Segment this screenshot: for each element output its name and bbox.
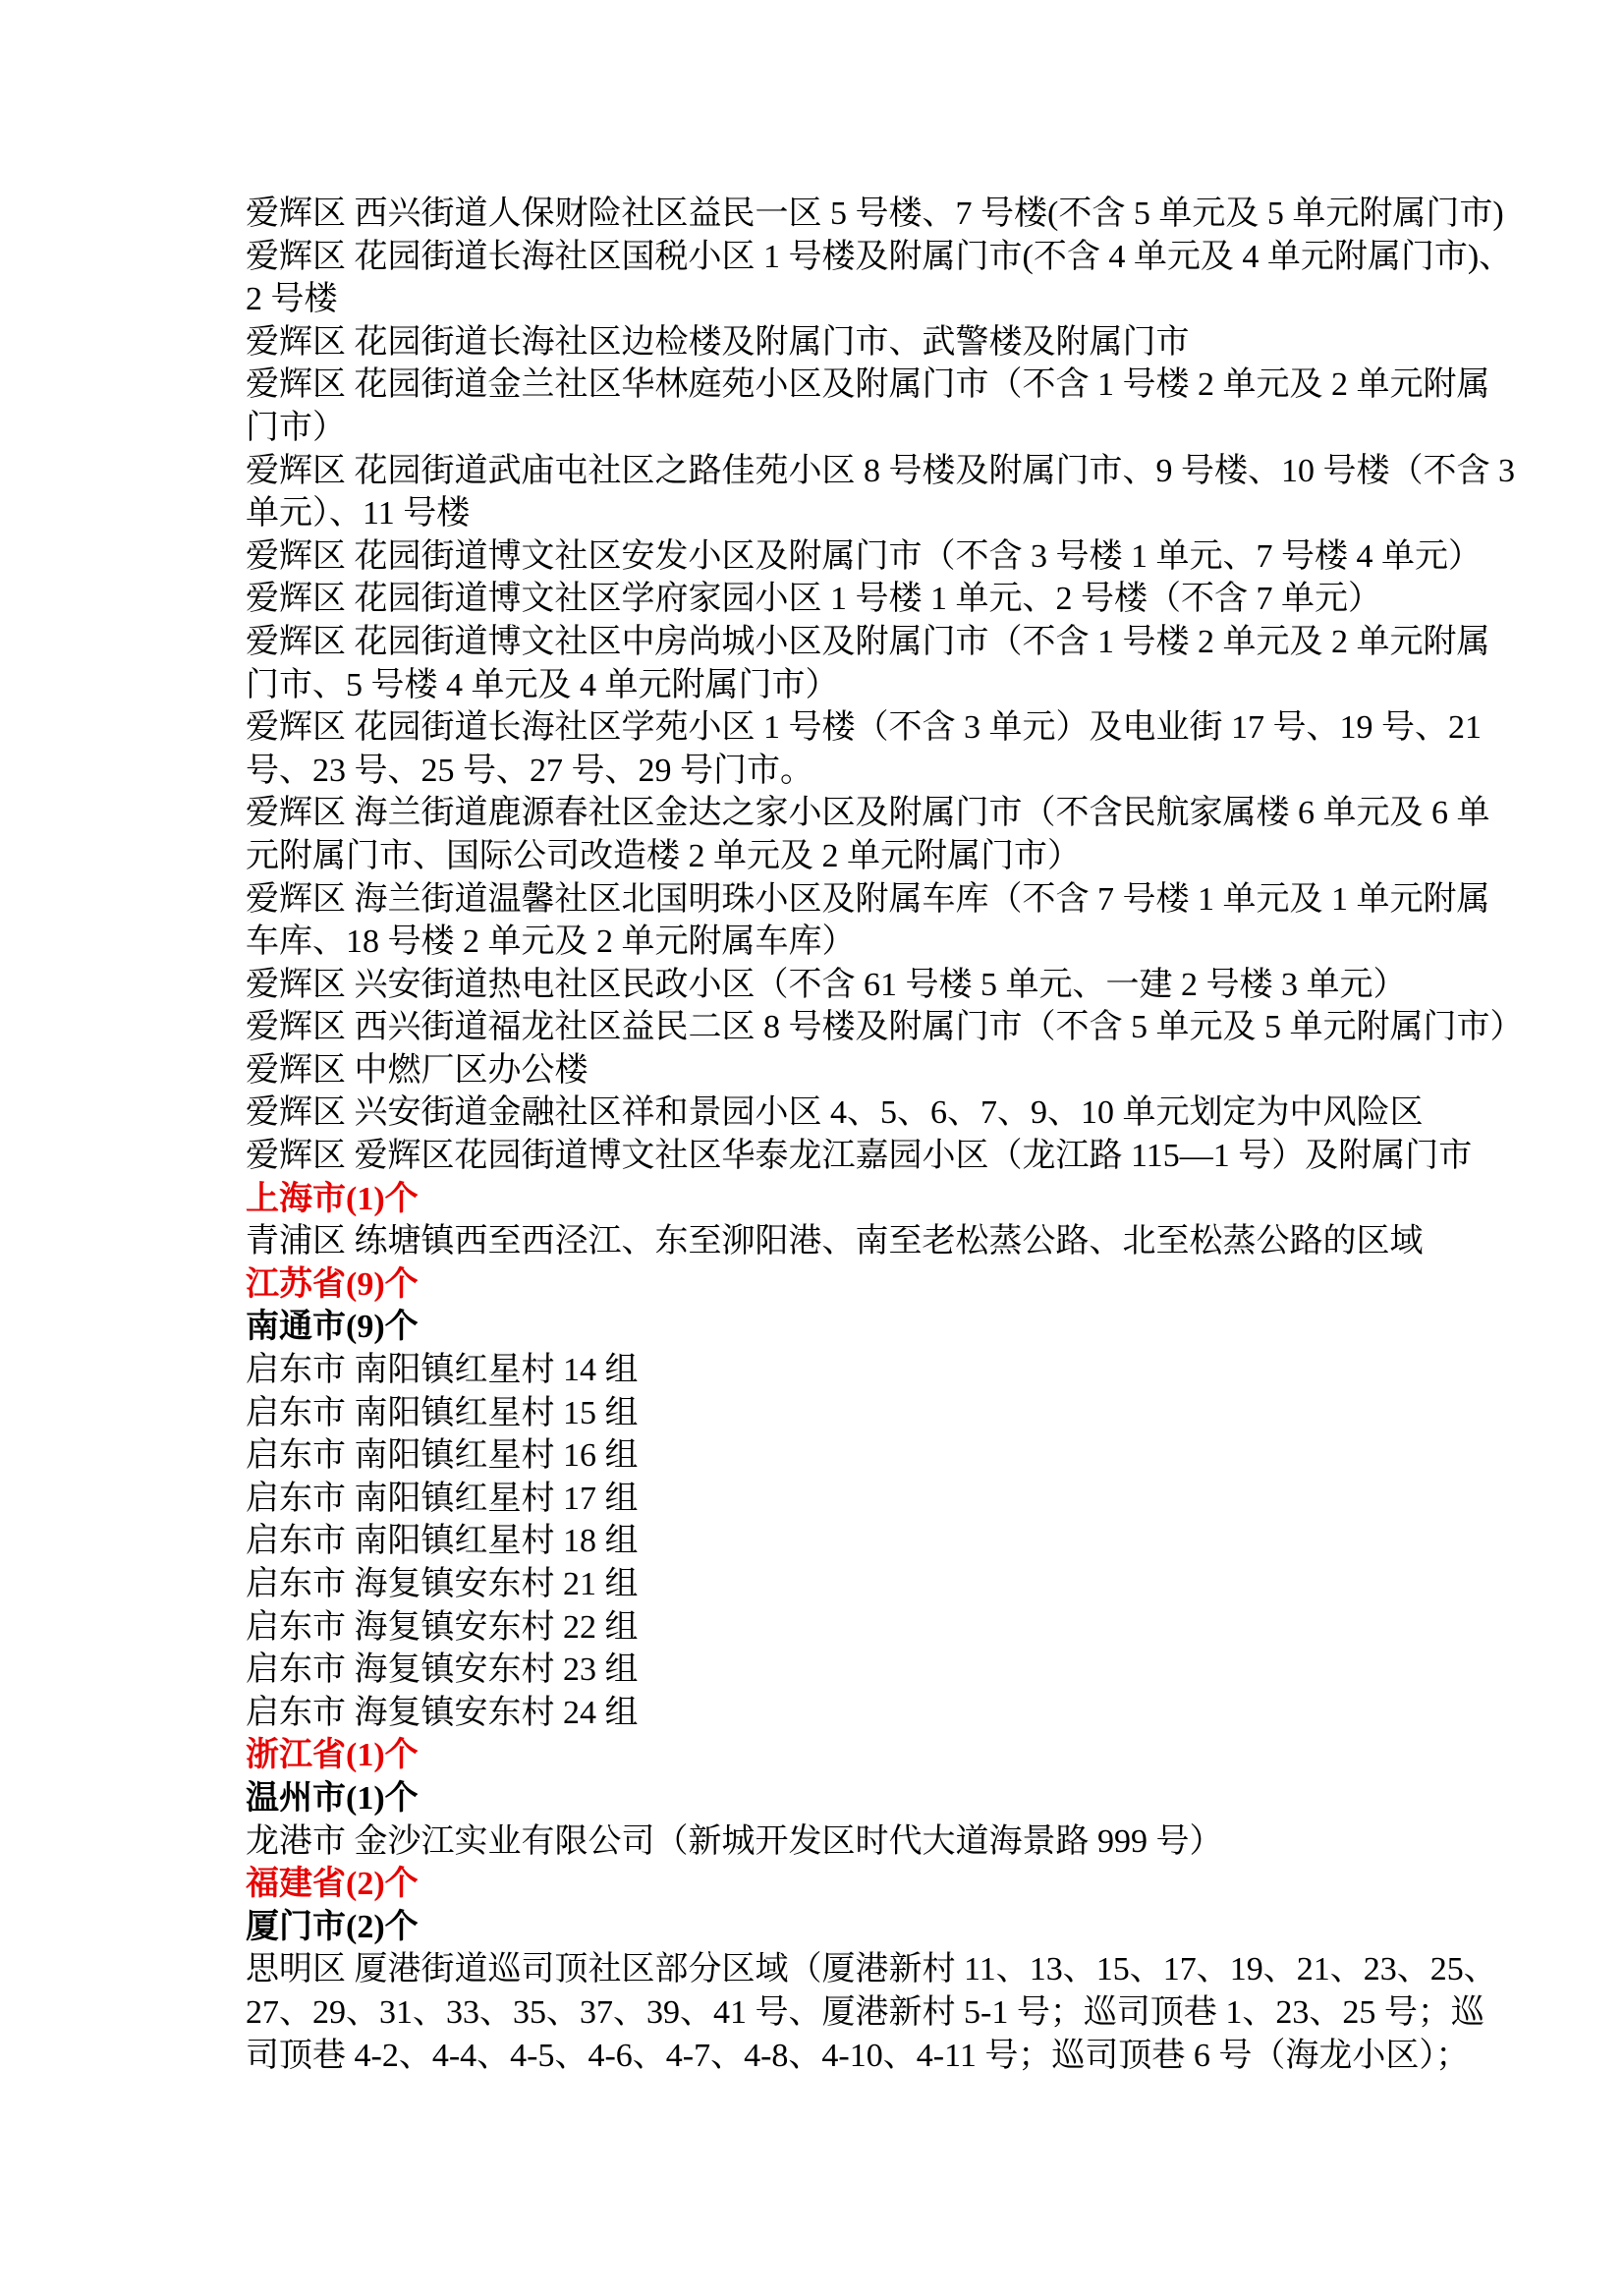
text-line: 启东市 南阳镇红星村 17 组 xyxy=(246,1478,1382,1521)
text-line: 启东市 海复镇安东村 23 组 xyxy=(246,1649,1382,1692)
text-line: 爱辉区 花园街道博文社区学府家园小区 1 号楼 1 单元、2 号楼（不含 7 单… xyxy=(246,578,1382,621)
text-line: 浙江省(1)个 xyxy=(246,1734,1382,1777)
text-line: 厦门市(2)个 xyxy=(246,1906,1382,1949)
text-line: 温州市(1)个 xyxy=(246,1777,1382,1820)
text-line: 爱辉区 花园街道武庙屯社区之路佳苑小区 8 号楼及附属门市、9 号楼、10 号楼… xyxy=(246,450,1382,493)
text-line: 启东市 南阳镇红星村 16 组 xyxy=(246,1434,1382,1478)
text-line: 爱辉区 花园街道长海社区国税小区 1 号楼及附属门市(不含 4 单元及 4 单元… xyxy=(246,236,1382,279)
text-line: 元附属门市、国际公司改造楼 2 单元及 2 单元附属门市） xyxy=(246,835,1382,878)
text-line: 门市、5 号楼 4 单元及 4 单元附属门市） xyxy=(246,664,1382,707)
text-line: 号、23 号、25 号、27 号、29 号门市。 xyxy=(246,750,1382,793)
text-line: 爱辉区 海兰街道温馨社区北国明珠小区及附属车库（不含 7 号楼 1 单元及 1 … xyxy=(246,878,1382,922)
text-line: 上海市(1)个 xyxy=(246,1178,1382,1221)
text-line: 青浦区 练塘镇西至西泾江、东至泖阳港、南至老松蒸公路、北至松蒸公路的区域 xyxy=(246,1220,1382,1263)
text-line: 启东市 海复镇安东村 24 组 xyxy=(246,1692,1382,1735)
text-line: 启东市 海复镇安东村 21 组 xyxy=(246,1563,1382,1606)
text-line: 司顶巷 4-2、4-4、4-5、4-6、4-7、4-8、4-10、4-11 号；… xyxy=(246,2035,1382,2078)
text-line: 爱辉区 西兴街道人保财险社区益民一区 5 号楼、7 号楼(不含 5 单元及 5 … xyxy=(246,193,1382,236)
text-line: 爱辉区 花园街道博文社区安发小区及附属门市（不含 3 号楼 1 单元、7 号楼 … xyxy=(246,535,1382,579)
text-line: 爱辉区 花园街道长海社区学苑小区 1 号楼（不含 3 单元）及电业街 17 号、… xyxy=(246,706,1382,750)
text-line: 爱辉区 花园街道博文社区中房尚城小区及附属门市（不含 1 号楼 2 单元及 2 … xyxy=(246,621,1382,664)
text-line: 车库、18 号楼 2 单元及 2 单元附属车库） xyxy=(246,921,1382,964)
text-line: 爱辉区 花园街道金兰社区华林庭苑小区及附属门市（不含 1 号楼 2 单元及 2 … xyxy=(246,364,1382,407)
text-line: 门市） xyxy=(246,407,1382,450)
text-line: 启东市 南阳镇红星村 14 组 xyxy=(246,1349,1382,1392)
text-line: 爱辉区 兴安街道金融社区祥和景园小区 4、5、6、7、9、10 单元划定为中风险… xyxy=(246,1092,1382,1135)
text-line: 爱辉区 爱辉区花园街道博文社区华泰龙江嘉园小区（龙江路 115—1 号）及附属门… xyxy=(246,1135,1382,1178)
text-line: 爱辉区 中燃厂区办公楼 xyxy=(246,1049,1382,1092)
text-line: 27、29、31、33、35、37、39、41 号、厦港新村 5-1 号；巡司顶… xyxy=(246,1991,1382,2035)
text-line: 福建省(2)个 xyxy=(246,1863,1382,1906)
text-line: 单元）、11 号楼 xyxy=(246,492,1382,535)
text-line: 爱辉区 西兴街道福龙社区益民二区 8 号楼及附属门市（不含 5 单元及 5 单元… xyxy=(246,1006,1382,1049)
document-page: 爱辉区 西兴街道人保财险社区益民一区 5 号楼、7 号楼(不含 5 单元及 5 … xyxy=(0,0,1624,2295)
text-line: 爱辉区 海兰街道鹿源春社区金达之家小区及附属门市（不含民航家属楼 6 单元及 6… xyxy=(246,792,1382,835)
text-line: 江苏省(9)个 xyxy=(246,1263,1382,1307)
text-line: 南通市(9)个 xyxy=(246,1306,1382,1349)
text-line: 启东市 南阳镇红星村 15 组 xyxy=(246,1392,1382,1435)
text-line: 爱辉区 兴安街道热电社区民政小区（不含 61 号楼 5 单元、一建 2 号楼 3… xyxy=(246,964,1382,1007)
text-line: 2 号楼 xyxy=(246,278,1382,321)
document-body: 爱辉区 西兴街道人保财险社区益民一区 5 号楼、7 号楼(不含 5 单元及 5 … xyxy=(246,193,1382,2077)
text-line: 爱辉区 花园街道长海社区边检楼及附属门市、武警楼及附属门市 xyxy=(246,321,1382,364)
text-line: 龙港市 金沙江实业有限公司（新城开发区时代大道海景路 999 号） xyxy=(246,1820,1382,1864)
text-line: 思明区 厦港街道巡司顶社区部分区域（厦港新村 11、13、15、17、19、21… xyxy=(246,1948,1382,1991)
text-line: 启东市 海复镇安东村 22 组 xyxy=(246,1606,1382,1650)
text-line: 启东市 南阳镇红星村 18 组 xyxy=(246,1520,1382,1563)
